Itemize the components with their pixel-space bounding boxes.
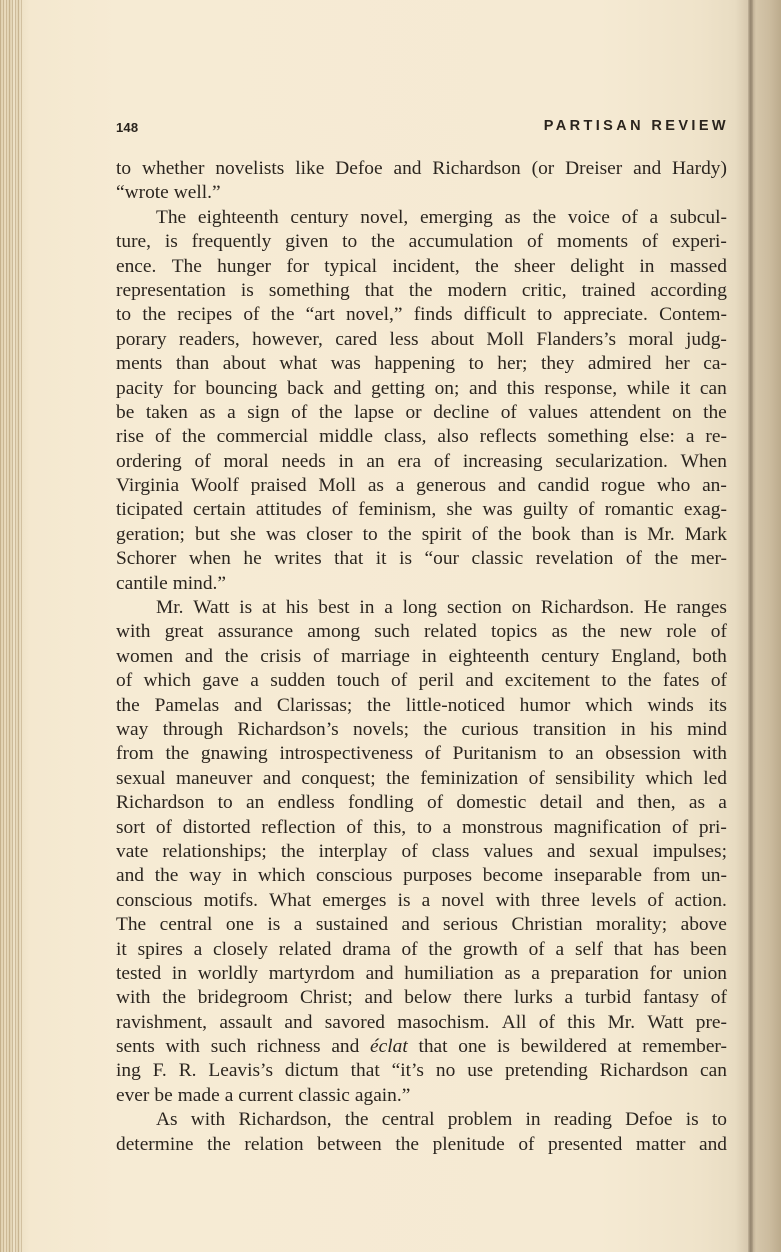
text-line: ticipatedcertainattitudesoffeminism,shew… <box>116 498 727 522</box>
book-page: 148 PARTISAN REVIEW towhethernovelistsli… <box>0 0 781 1252</box>
text-line: Richardsontoanendlessfondlingofdomesticd… <box>116 791 727 815</box>
text-line: sortofdistortedreflectionofthis,toamonst… <box>116 816 727 840</box>
text-line: testedinworldlymartyrdomandhumiliationas… <box>116 962 727 986</box>
text-line: itspiresacloselyrelateddramaofthegrowtho… <box>116 938 727 962</box>
text-line: determinetherelationbetweentheplenitudeo… <box>116 1133 727 1157</box>
gutter-shadow <box>748 0 753 1252</box>
text-line: womenandthecrisisofmarriageineighteenthc… <box>116 645 727 669</box>
text-line: sentswithsuchrichnessandéclatthatoneisbe… <box>116 1035 727 1059</box>
paragraph: towhethernovelistslikeDefoeandRichardson… <box>116 157 727 206</box>
text-line: vaterelationships;theinterplayofclassval… <box>116 840 727 864</box>
text-line: withgreatassuranceamongsuchrelatedtopics… <box>116 620 727 644</box>
text-line: totherecipesofthe“artnovel,”findsdifficu… <box>116 303 727 327</box>
text-line: riseofthecommercialmiddleclass,alsorefle… <box>116 425 727 449</box>
text-line: sexualmaneuverandconquest;thefeminizatio… <box>116 767 727 791</box>
text-line: withthebridegroomChrist;andbelowtherelur… <box>116 986 727 1010</box>
text-line: consciousmotifs.Whatemergesisanovelwitht… <box>116 889 727 913</box>
text-line: VirginiaWoolfpraisedMollasagenerousandca… <box>116 474 727 498</box>
text-line: ingF.R.Leavis’sdictumthat“it’snouseprete… <box>116 1059 727 1083</box>
text-line: ture,isfrequentlygiventotheaccumulationo… <box>116 230 727 254</box>
text-line: poraryreaders,however,caredlessaboutMoll… <box>116 328 727 352</box>
text-line: orderingofmoralneedsinaneraofincreasings… <box>116 450 727 474</box>
paragraph: Theeighteenthcenturynovel,emergingasthev… <box>116 206 727 596</box>
text-line: waythroughRichardson’snovels;thecurioust… <box>116 718 727 742</box>
text-line: cantilemind.” <box>116 572 727 596</box>
journal-title: PARTISAN REVIEW <box>544 118 729 134</box>
text-line: everbemadeacurrentclassicagain.” <box>116 1084 727 1108</box>
body-text: towhethernovelistslikeDefoeandRichardson… <box>116 157 727 1157</box>
text-line: Theeighteenthcenturynovel,emergingasthev… <box>116 206 727 230</box>
text-line: AswithRichardson,thecentralprobleminread… <box>116 1108 727 1132</box>
page-edge-stack <box>0 0 22 1252</box>
text-line: mentsthanaboutwhatwashappeningtoher;they… <box>116 352 727 376</box>
text-line: ThecentraloneisasustainedandseriousChris… <box>116 913 727 937</box>
text-line: fromthegnawingintrospectivenessofPuritan… <box>116 742 727 766</box>
text-line: representationissomethingthatthemoderncr… <box>116 279 727 303</box>
text-line: towhethernovelistslikeDefoeandRichardson… <box>116 157 727 181</box>
page-number: 148 <box>116 120 138 135</box>
text-line: ofwhichgaveasuddentouchofperilandexcitem… <box>116 669 727 693</box>
text-line: pacityforbouncingbackandgettingon;andthi… <box>116 377 727 401</box>
text-line: geration;butshewasclosertothespiritofthe… <box>116 523 727 547</box>
text-line: ravishment,assaultandsavoredmasochism.Al… <box>116 1011 727 1035</box>
text-line: betakenasasignofthelapseordeclineofvalue… <box>116 401 727 425</box>
text-line: andthewayinwhichconsciouspurposesbecomei… <box>116 864 727 888</box>
text-line: thePamelasandClarissas;thelittle-noticed… <box>116 694 727 718</box>
text-line: Schorerwhenhewritesthatitis“ourclassicre… <box>116 547 727 571</box>
text-line: “wrotewell.” <box>116 181 727 205</box>
text-line: ence.Thehungerfortypicalincident,theshee… <box>116 255 727 279</box>
paragraph: AswithRichardson,thecentralprobleminread… <box>116 1108 727 1157</box>
text-line: Mr.WattisathisbestinalongsectiononRichar… <box>116 596 727 620</box>
running-head: 148 PARTISAN REVIEW <box>116 118 726 140</box>
paragraph: Mr.WattisathisbestinalongsectiononRichar… <box>116 596 727 1108</box>
